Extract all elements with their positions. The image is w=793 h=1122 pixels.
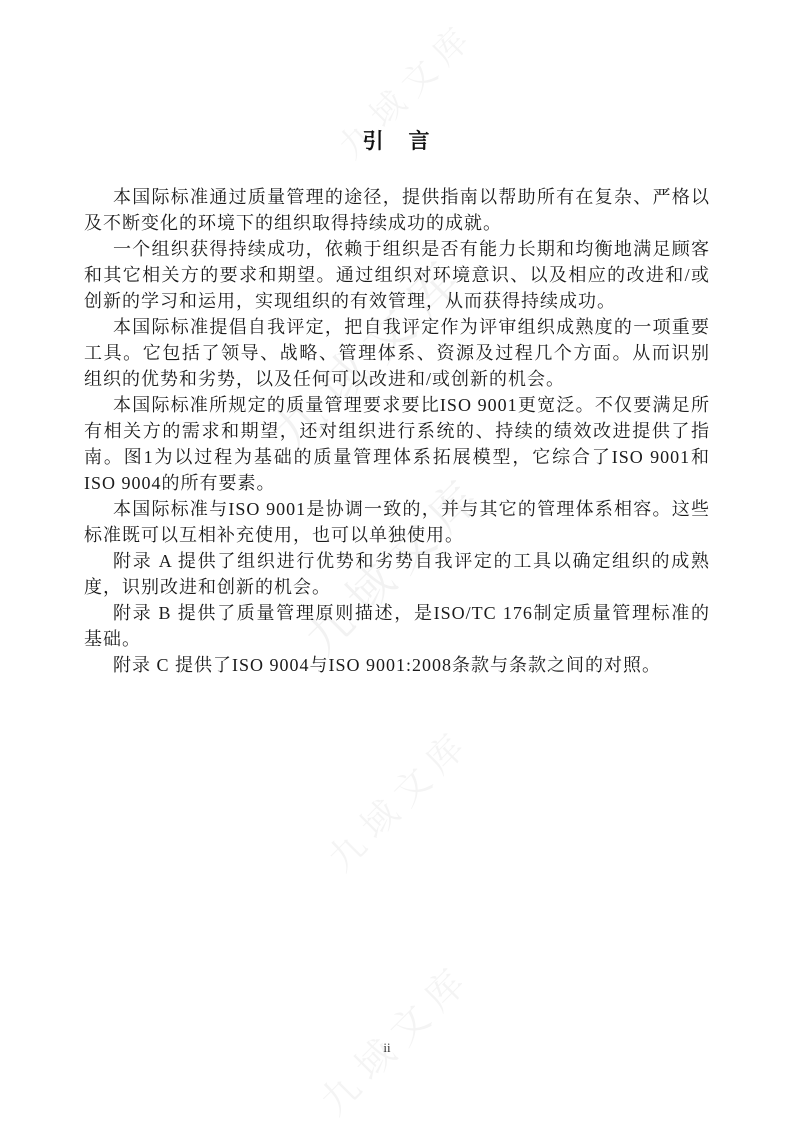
page-number: ii [84,1040,690,1056]
page-title: 引 言 [84,130,710,154]
paragraph: 附录 A 提供了组织进行优势和劣势自我评定的工具以确定组织的成熟度，识别改进和创… [84,548,710,600]
watermark-text: 九域文库 [305,947,482,1122]
paragraph: 本国际标准所规定的质量管理要求要比ISO 9001更宽泛。不仅要满足所有相关方的… [84,392,710,496]
document-page: 九域文库 九域文库 九域文库 九域文库 九域文库 引 言 本国际标准通过质量管理… [0,0,793,1122]
paragraph: 一个组织获得持续成功，依赖于组织是否有能力长期和均衡地满足顾客和其它相关方的要求… [84,236,710,314]
page-content: 引 言 本国际标准通过质量管理的途径，提供指南以帮助所有在复杂、严格以及不断变化… [84,0,710,678]
paragraph: 本国际标准与ISO 9001是协调一致的，并与其它的管理体系相容。这些标准既可以… [84,496,710,548]
paragraph: 本国际标准通过质量管理的途径，提供指南以帮助所有在复杂、严格以及不断变化的环境下… [84,184,710,236]
paragraph: 附录 B 提供了质量管理原则描述，是ISO/TC 176制定质量管理标准的基础。 [84,600,710,652]
body-text: 本国际标准通过质量管理的途径，提供指南以帮助所有在复杂、严格以及不断变化的环境下… [84,184,710,678]
paragraph: 本国际标准提倡自我评定，把自我评定作为评审组织成熟度的一项重要工具。它包括了领导… [84,314,710,392]
watermark-text: 九域文库 [315,715,481,881]
paragraph: 附录 C 提供了ISO 9004与ISO 9001:2008条款与条款之间的对照… [84,652,710,678]
